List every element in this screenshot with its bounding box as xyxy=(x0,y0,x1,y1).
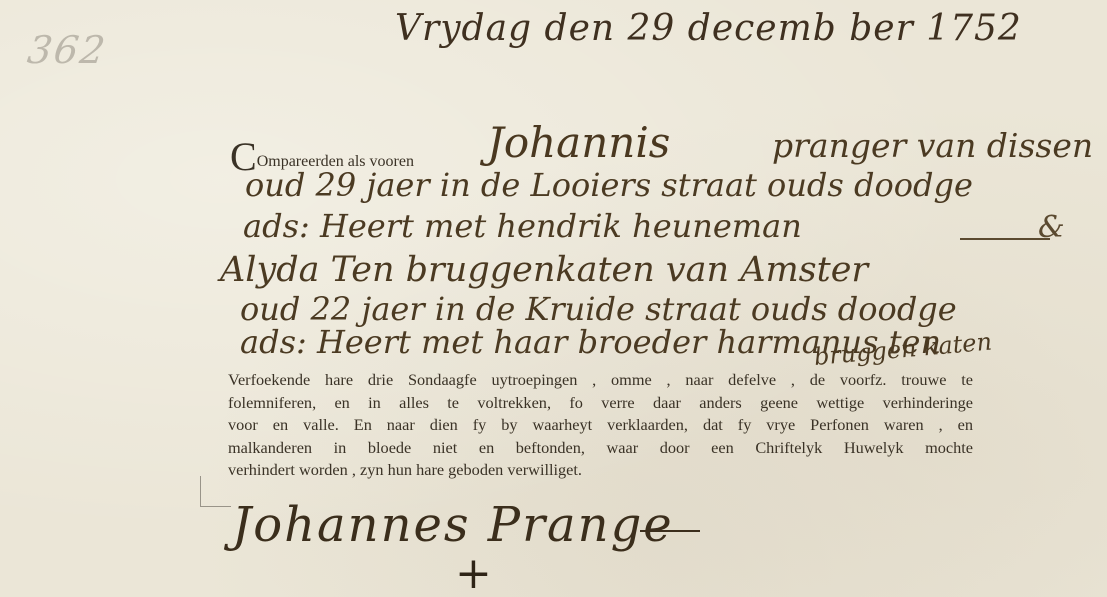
signature-flourish xyxy=(640,530,700,532)
groom-witness: ads: Heert met hendrik heuneman xyxy=(243,207,802,245)
groom-age-residence: oud 29 jaer in de Looiers straat ouds do… xyxy=(245,166,973,204)
folio-number: 362 xyxy=(25,28,110,72)
bride-cross-mark: + xyxy=(455,548,492,597)
register-page: 362 Vrydag den 29 decemb ber 1752 COmpar… xyxy=(0,0,1107,597)
printed-formula: Verfoekende hare drie Sondaagfe uytroepi… xyxy=(228,369,973,482)
groom-signature: Johannes Prange xyxy=(232,497,674,553)
groom-surname-origin: pranger van dissen xyxy=(772,126,1093,165)
printed-line: Verfoekende hare drie Sondaagfe uytroepi… xyxy=(228,369,973,392)
margin-bracket xyxy=(200,476,231,507)
line-filler xyxy=(960,238,1050,240)
entry-date: Vrydag den 29 decemb ber 1752 xyxy=(395,8,1022,49)
printed-line: voor en valle. En naar dien fy by waarhe… xyxy=(228,414,973,437)
printed-line: folemniferen, en in alles te voltrekken,… xyxy=(228,392,973,415)
ampersand-mark: & xyxy=(1038,210,1065,245)
printed-line: malkanderen in bloede niet en beftonden,… xyxy=(228,437,973,460)
groom-first-name: Johannis xyxy=(487,118,670,167)
bride-name-origin: Alyda Ten bruggenkaten van Amster xyxy=(220,250,868,290)
printed-line: verhindert worden , zyn hun hare geboden… xyxy=(228,459,973,482)
